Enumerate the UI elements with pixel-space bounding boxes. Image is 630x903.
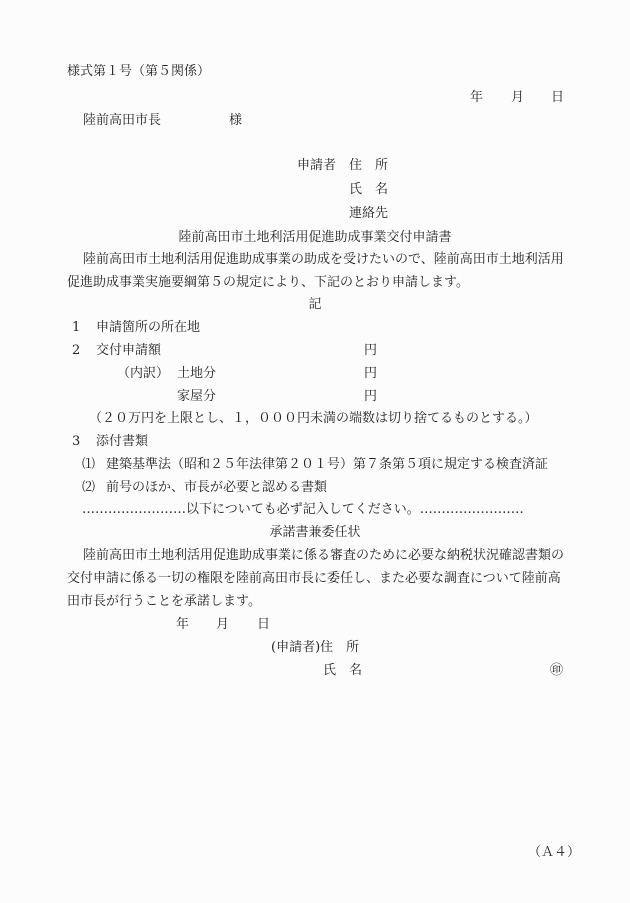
item3-label: 添付書類	[96, 434, 148, 450]
item2-label: 交付申請額	[96, 343, 161, 359]
consent-applicant-name: 氏 名	[323, 663, 362, 679]
item2-unit: 円	[364, 343, 377, 359]
doc2-text: 前号のほか、市長が必要と認める書類	[106, 480, 327, 496]
breakdown-label: （内訳）	[117, 366, 169, 382]
breakdown-land: 土地分	[177, 366, 216, 382]
consent-date-day: 日	[257, 617, 270, 633]
separator-line: ……………………以下についても必ず記入してください。……………………	[82, 502, 524, 518]
breakdown-house-unit: 円	[364, 389, 377, 405]
intro-line-1: 陸前高田市土地利活用促進助成事業の助成を受けたいので、陸前高田市土地利活用	[83, 252, 564, 268]
applicant-contact-label: 連絡先	[349, 206, 388, 222]
consent-applicant-address: (申請者)住 所	[271, 640, 359, 656]
date-year: 年	[470, 90, 483, 106]
doc1-number: ⑴	[82, 457, 95, 473]
item2-number: 2	[72, 343, 80, 359]
item1-number: 1	[72, 320, 80, 336]
paper-size: （Ａ４）	[528, 845, 580, 861]
applicant-address-label: 住 所	[349, 158, 388, 174]
breakdown-land-unit: 円	[364, 366, 377, 382]
form-number: 様式第１号（第５関係）	[67, 64, 210, 80]
applicant-label: 申請者	[297, 158, 336, 174]
consent-date-month: 月	[216, 617, 229, 633]
applicant-name-label: 氏 名	[349, 182, 388, 198]
ki-heading: 記	[0, 297, 630, 313]
breakdown-house: 家屋分	[177, 389, 216, 405]
item1-label: 申請箇所の所在地	[96, 320, 200, 336]
consent-line-1: 陸前高田市土地利活用促進助成事業に係る審査のために必要な納税状況確認書類の	[83, 548, 564, 564]
addressee-name: 陸前高田市長	[83, 113, 161, 129]
doc2-number: ⑵	[82, 480, 95, 496]
consent-line-3: 田市長が行うことを承諾します。	[67, 594, 261, 610]
addressee-honorific: 様	[229, 113, 242, 129]
consent-line-2: 交付申請に係る一切の権限を陸前高田市長に委任し、また必要な調査について陸前高	[67, 571, 561, 587]
item3-number: 3	[72, 434, 80, 450]
seal-icon: ㊞	[550, 663, 563, 679]
date-day: 日	[551, 90, 564, 106]
amount-note: （２０万円を上限とし、１，０００円未満の端数は切り捨てるものとする。）	[89, 411, 538, 427]
intro-line-2: 促進助成事業実施要綱第５の規定により、下記のとおり申請します。	[67, 275, 469, 291]
document-title: 陸前高田市土地利活用促進助成事業交付申請書	[0, 230, 630, 246]
date-month: 月	[511, 90, 524, 106]
doc1-text: 建築基準法（昭和２５年法律第２０１号）第７条第５項に規定する検査済証	[106, 457, 548, 473]
consent-date-year: 年	[176, 617, 189, 633]
consent-title: 承諾書兼委任状	[0, 525, 630, 541]
